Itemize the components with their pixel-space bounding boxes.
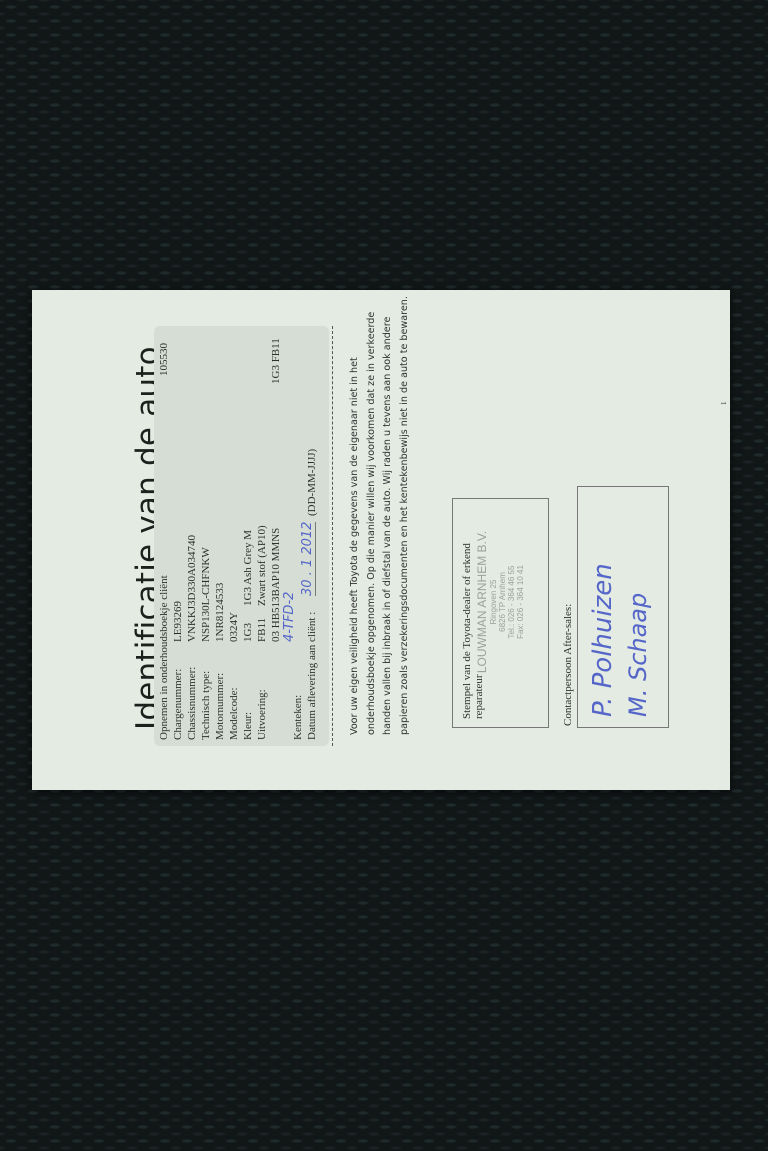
variant-code: 1G3 FB11 (270, 338, 282, 384)
field-label: Kleur: (242, 712, 254, 740)
page-number: 1 (720, 402, 728, 406)
page-content: Identificatie van de auto Opnemen in ond… (32, 290, 730, 790)
variant-line: 03 HB513BAP10 MMNS (270, 528, 282, 642)
field-value: VNKKJ3D330A034740 (186, 535, 198, 642)
field-value: FB11 (256, 618, 268, 642)
dealer-stamp-box: Stempel van de Toyota-dealer of erkend r… (452, 498, 549, 728)
field-value: 0324Y (228, 612, 240, 642)
kenteken-label: Kenteken: (292, 695, 304, 740)
field-label: Modelcode: (228, 687, 240, 740)
field-extra: 1G3 Ash Grey M (242, 530, 254, 606)
delivery-label: Datum aflevering aan cliënt : (306, 612, 318, 740)
contact-box-label: Contactpersoon After-sales: (562, 604, 574, 726)
delivery-format: (DD-MM-JJJJ) (306, 449, 318, 516)
field-value: LE93269 (172, 601, 184, 642)
cut-line (332, 326, 333, 746)
field-label: Technisch type: (200, 671, 212, 740)
vehicle-info-card: Opnemen in onderhoudsboekje cliënt 10553… (154, 326, 329, 746)
field-label: Uitvoering: (256, 689, 268, 740)
privacy-paragraph: Voor uw eigen veiligheid heeft Toyota de… (347, 295, 413, 735)
field-label: Chargenummer: (172, 669, 184, 740)
card-heading: Opnemen in onderhoudsboekje cliënt (158, 575, 170, 740)
field-value: 1G3 (242, 623, 254, 642)
field-label: Motornummer: (214, 673, 226, 740)
handwritten-contact-2: M. Schaap (624, 593, 652, 717)
dealer-stamp: LOUWMAN ARNHEM B.V. Ringoven 25 6826 TP … (475, 507, 525, 697)
field-label: Chassisnummer: (186, 667, 198, 740)
kenteken-handwritten: 4-TFD-2 (282, 592, 297, 642)
contact-box: P. Polhuizen M. Schaap (577, 486, 669, 728)
document-page: Identificatie van de auto Opnemen in ond… (32, 290, 730, 790)
field-value: 1NR8124533 (214, 583, 226, 642)
handwritten-contact-1: P. Polhuizen (588, 563, 618, 717)
field-extra: Zwart stof (AP10) (256, 525, 268, 606)
reference-number: 105530 (158, 343, 170, 376)
delivery-handwritten: 30 . 1 2012 (300, 522, 316, 596)
field-value: NSP130L-CHFNKW (200, 547, 212, 642)
